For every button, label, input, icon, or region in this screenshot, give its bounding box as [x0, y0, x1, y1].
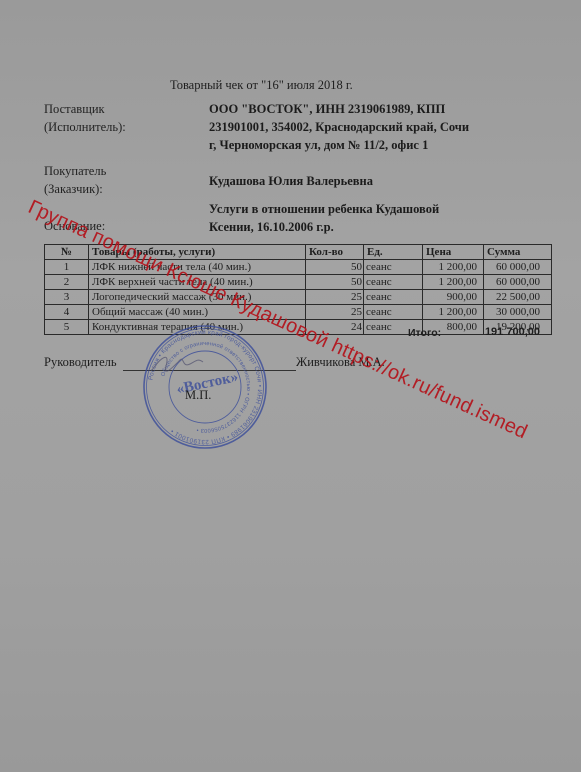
buyer-label: Покупатель (Заказчик):	[44, 162, 106, 198]
row-unit: сеанс	[364, 290, 423, 305]
row-price: 900,00	[423, 290, 484, 305]
buyer-label-line2: (Заказчик):	[44, 180, 106, 198]
supplier-label-line2: (Исполнитель):	[44, 118, 126, 136]
header-sum: Сумма	[484, 245, 552, 260]
stamp-place-label: М.П.	[185, 388, 211, 403]
buyer-label-line1: Покупатель	[44, 162, 106, 180]
total-value: 191 700,00	[470, 326, 540, 338]
row-unit: сеанс	[364, 260, 423, 275]
row-qty: 25	[306, 290, 364, 305]
basis-value-line2: Ксении, 16.10.2006 г.р.	[209, 218, 439, 236]
row-unit: сеанс	[364, 275, 423, 290]
row-price: 1 200,00	[423, 275, 484, 290]
row-num: 2	[45, 275, 89, 290]
basis-details: Услуги в отношении ребенка Кудашовой Ксе…	[209, 200, 439, 236]
header-num: №	[45, 245, 89, 260]
row-price: 1 200,00	[423, 305, 484, 320]
supplier-label-line1: Поставщик	[44, 100, 126, 118]
supplier-value-line2: 231901001, 354002, Краснодарский край, С…	[209, 118, 469, 136]
row-sum: 30 000,00	[484, 305, 552, 320]
row-num: 5	[45, 320, 89, 335]
row-unit: сеанс	[364, 305, 423, 320]
row-num: 3	[45, 290, 89, 305]
row-qty: 50	[306, 260, 364, 275]
receipt-page: Товарный чек от "16" июля 2018 г. Постав…	[0, 0, 581, 772]
head-label: Руководитель	[44, 355, 117, 370]
header-unit: Ед.	[364, 245, 423, 260]
table-row: 1 ЛФК нижней части тела (40 мин.) 50 сеа…	[45, 260, 552, 275]
row-qty: 25	[306, 305, 364, 320]
table-row: 2 ЛФК верхней части тела (40 мин.) 50 се…	[45, 275, 552, 290]
table-row: 3 Логопедический массаж (30 мин.) 25 сеа…	[45, 290, 552, 305]
total-label: Итого:	[408, 327, 441, 339]
row-sum: 60 000,00	[484, 260, 552, 275]
buyer-name: Кудашова Юлия Валерьевна	[209, 172, 373, 190]
header-qty: Кол-во	[306, 245, 364, 260]
basis-value-line1: Услуги в отношении ребенка Кудашовой	[209, 200, 439, 218]
document-title: Товарный чек от "16" июля 2018 г.	[170, 78, 353, 93]
row-num: 4	[45, 305, 89, 320]
supplier-details: ООО "ВОСТОК", ИНН 2319061989, КПП 231901…	[209, 100, 469, 154]
supplier-value-line3: г, Черноморская ул, дом № 11/2, офис 1	[209, 136, 469, 154]
row-sum: 22 500,00	[484, 290, 552, 305]
row-qty: 50	[306, 275, 364, 290]
header-price: Цена	[423, 245, 484, 260]
row-price: 1 200,00	[423, 260, 484, 275]
supplier-value-line1: ООО "ВОСТОК", ИНН 2319061989, КПП	[209, 100, 469, 118]
row-sum: 60 000,00	[484, 275, 552, 290]
row-num: 1	[45, 260, 89, 275]
supplier-label: Поставщик (Исполнитель):	[44, 100, 126, 136]
company-stamp-icon: Россия • Краснодарский край город-курорт…	[140, 322, 270, 452]
